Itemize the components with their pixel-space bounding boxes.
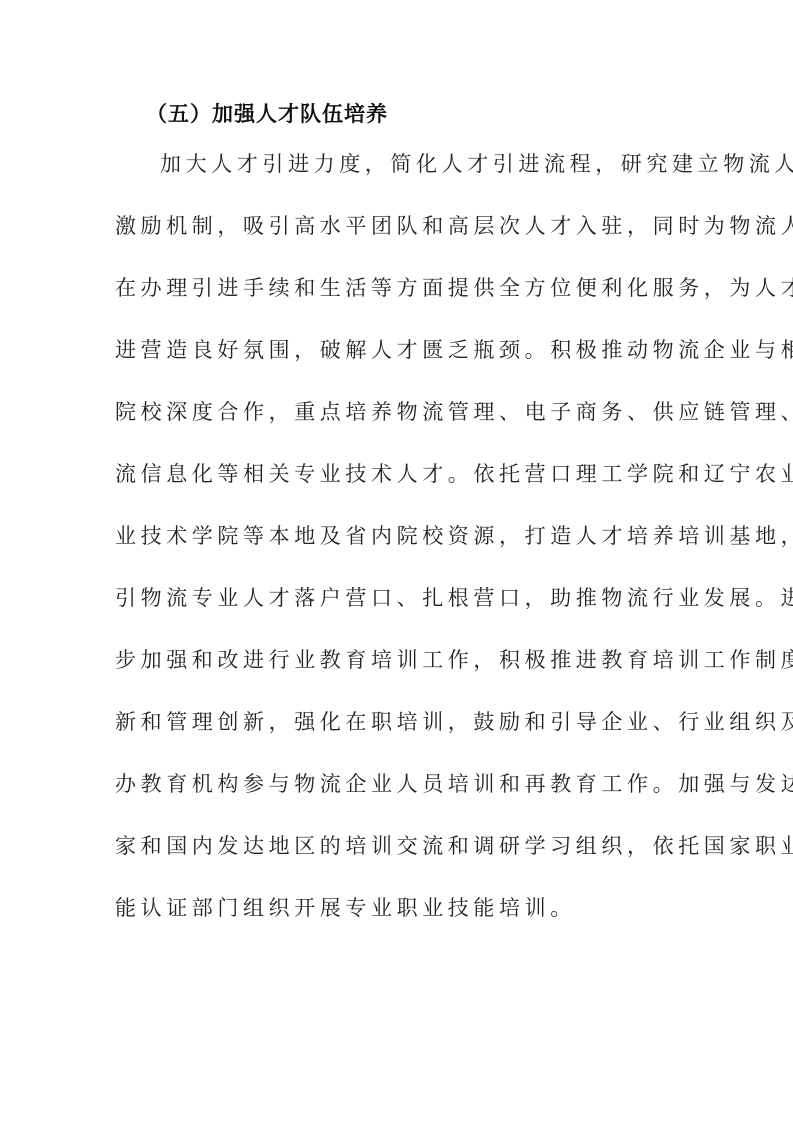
section-heading: （五）加强人才队伍培养 bbox=[146, 100, 388, 128]
paragraph-line: 进营造良好氛围，破解人才匮乏瓶颈。积极推动物流企业与相关 bbox=[115, 336, 683, 364]
paragraph-line: 激励机制，吸引高水平团队和高层次人才入驻，同时为物流人才 bbox=[115, 212, 683, 240]
paragraph-line: 新和管理创新，强化在职培训，鼓励和引导企业、行业组织及民 bbox=[115, 708, 683, 736]
paragraph-line: 加大人才引进力度，简化人才引进流程，研究建立物流人才 bbox=[160, 150, 683, 178]
paragraph-line: 能认证部门组织开展专业职业技能培训。 bbox=[115, 894, 683, 922]
paragraph-line: 家和国内发达地区的培训交流和调研学习组织，依托国家职业技 bbox=[115, 832, 683, 860]
paragraph-line: 步加强和改进行业教育培训工作，积极推进教育培训工作制度创 bbox=[115, 646, 683, 674]
paragraph-line: 业技术学院等本地及省内院校资源，打造人才培养培训基地，吸 bbox=[115, 522, 683, 550]
paragraph-line: 办教育机构参与物流企业人员培训和再教育工作。加强与发达国 bbox=[115, 770, 683, 798]
paragraph-line: 院校深度合作，重点培养物流管理、电子商务、供应链管理、物 bbox=[115, 398, 683, 426]
paragraph-line: 引物流专业人才落户营口、扎根营口，助推物流行业发展。进一 bbox=[115, 584, 683, 612]
paragraph-line: 流信息化等相关专业技术人才。依托营口理工学院和辽宁农业职 bbox=[115, 460, 683, 488]
paragraph-line: 在办理引进手续和生活等方面提供全方位便利化服务，为人才引 bbox=[115, 274, 683, 302]
document-page: （五）加强人才队伍培养 加大人才引进力度，简化人才引进流程，研究建立物流人才 激… bbox=[0, 0, 793, 1122]
